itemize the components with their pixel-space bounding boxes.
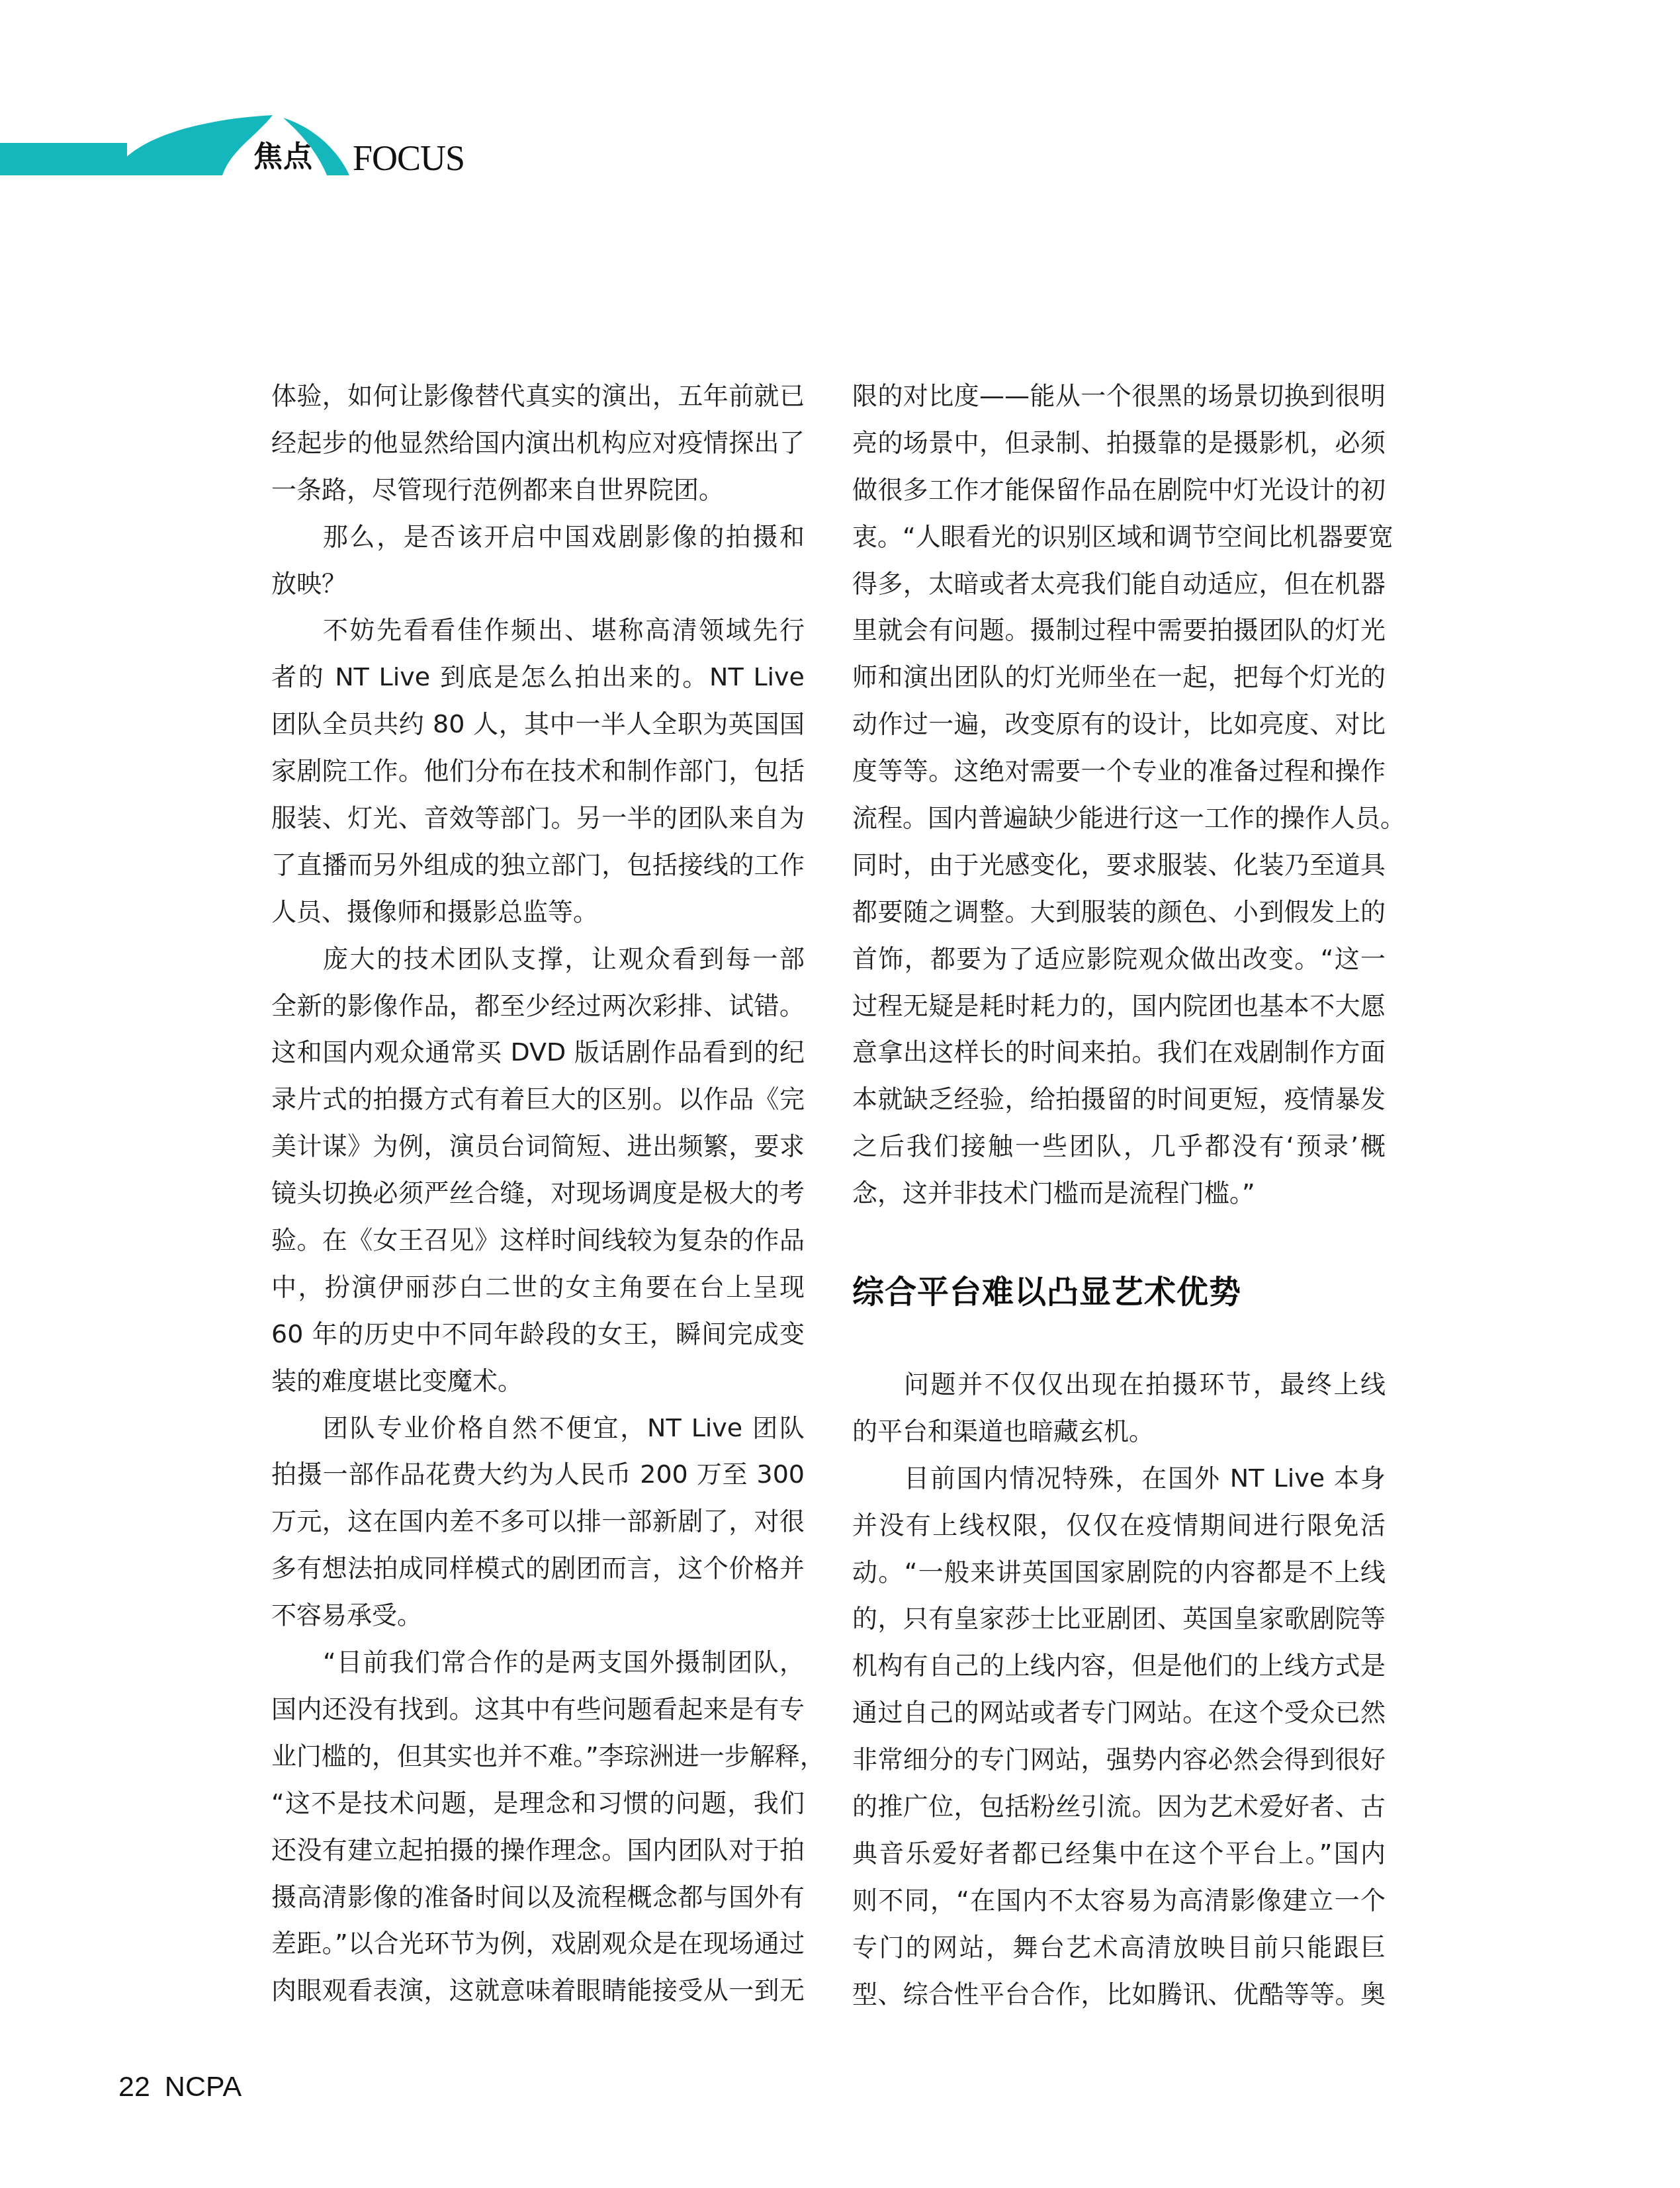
text-line: 验。在《女王召见》这样时间线较为复杂的作品: [271, 1217, 805, 1264]
article-column-right-bottom: 问题并不仅仅出现在拍摄环节，最终上线 的平台和渠道也暗藏玄机。 目前国内情况特殊…: [852, 1361, 1386, 2017]
text-line: 家剧院工作。他们分布在技术和制作部门，包括: [271, 748, 805, 795]
text-line: 不容易承受。: [271, 1592, 805, 1639]
text-line: 还没有建立起拍摄的操作理念。国内团队对于拍: [271, 1827, 805, 1874]
text-line: 并没有上线权限，仅仅在疫情期间进行限免活: [852, 1502, 1386, 1549]
text-line: 机构有自己的上线内容，但是他们的上线方式是: [852, 1642, 1386, 1689]
text-line: 那么，是否该开启中国戏剧影像的拍摄和: [271, 513, 805, 560]
text-line: 本就缺乏经验，给拍摄留的时间更短，疫情暴发: [852, 1076, 1386, 1123]
text-line: 经起步的他显然给国内演出机构应对疫情探出了: [271, 419, 805, 466]
text-line: 流程。国内普遍缺少能进行这一工作的操作人员。: [852, 795, 1386, 842]
text-line: 限的对比度——能从一个很黑的场景切换到很明: [852, 372, 1386, 419]
section-subheading: 综合平台难以凸显艺术优势: [852, 1272, 1241, 1313]
text-line: 体验，如何让影像替代真实的演出，五年前就已: [271, 372, 805, 419]
text-line: 里就会有问题。摄制过程中需要拍摄团队的灯光: [852, 607, 1386, 654]
page-footer: 22NCPA: [118, 2070, 242, 2104]
text-line: 镜头切换必须严丝合缝，对现场调度是极大的考: [271, 1170, 805, 1217]
text-line: 得多，太暗或者太亮我们能自动适应，但在机器: [852, 560, 1386, 607]
text-line: 服装、灯光、音效等部门。另一半的团队来自为: [271, 795, 805, 842]
text-line: 一条路，尽管现行范例都来自世界院团。: [271, 466, 805, 513]
text-line: 摄高清影像的准备时间以及流程概念都与国外有: [271, 1874, 805, 1921]
text-line: 的平台和渠道也暗藏玄机。: [852, 1408, 1386, 1455]
section-banner: 焦点 FOCUS: [0, 106, 503, 185]
text-line: “这不是技术问题，是理念和习惯的问题，我们: [271, 1780, 805, 1827]
text-line: 业门槛的，但其实也并不难。”李琮洲进一步解释，: [271, 1733, 805, 1780]
publication-name: NCPA: [165, 2071, 242, 2103]
text-line: 万元，这在国内差不多可以排一部新剧了，对很: [271, 1498, 805, 1545]
text-line: 典音乐爱好者都已经集中在这个平台上。”国内: [852, 1830, 1386, 1877]
text-line: 录片式的拍摄方式有着巨大的区别。以作品《完: [271, 1076, 805, 1123]
text-line: 做很多工作才能保留作品在剧院中灯光设计的初: [852, 466, 1386, 513]
text-line: 这和国内观众通常买 DVD 版话剧作品看到的纪: [271, 1029, 805, 1076]
page-number: 22: [118, 2071, 150, 2103]
text-line: 动。“一般来讲英国国家剧院的内容都是不上线: [852, 1549, 1386, 1596]
text-line: 的推广位，包括粉丝引流。因为艺术爱好者、古: [852, 1783, 1386, 1830]
text-line: 了直播而另外组成的独立部门，包括接线的工作: [271, 842, 805, 889]
text-line: 装的难度堪比变魔术。: [271, 1358, 805, 1405]
text-line: 同时，由于光感变化，要求服装、化装乃至道具: [852, 842, 1386, 889]
text-line: 衷。“人眼看光的识别区域和调节空间比机器要宽: [852, 513, 1386, 560]
text-line: 念，这并非技术门槛而是流程门槛。”: [852, 1170, 1386, 1217]
text-line: 则不同，“在国内不太容易为高清影像建立一个: [852, 1877, 1386, 1924]
article-column-right-top: 限的对比度——能从一个很黑的场景切换到很明 亮的场景中，但录制、拍摄靠的是摄影机…: [852, 372, 1386, 1217]
text-line: 团队全员共约 80 人，其中一半人全职为英国国: [271, 701, 805, 748]
text-line: 都要随之调整。大到服装的颜色、小到假发上的: [852, 889, 1386, 936]
text-line: 师和演出团队的灯光师坐在一起，把每个灯光的: [852, 654, 1386, 701]
text-line: “目前我们常合作的是两支国外摄制团队，: [271, 1639, 805, 1686]
text-line: 国内还没有找到。这其中有些问题看起来是有专: [271, 1686, 805, 1733]
text-line: 庞大的技术团队支撑，让观众看到每一部: [271, 936, 805, 983]
text-line: 非常细分的专门网站，强势内容必然会得到很好: [852, 1736, 1386, 1783]
text-line: 中，扮演伊丽莎白二世的女主角要在台上呈现: [271, 1264, 805, 1311]
text-line: 多有想法拍成同样模式的剧团而言，这个价格并: [271, 1545, 805, 1592]
text-line: 团队专业价格自然不便宜，NT Live 团队: [271, 1405, 805, 1452]
text-line: 目前国内情况特殊，在国外 NT Live 本身: [852, 1455, 1386, 1502]
text-line: 动作过一遍，改变原有的设计，比如亮度、对比: [852, 701, 1386, 748]
text-line: 全新的影像作品，都至少经过两次彩排、试错。: [271, 983, 805, 1029]
text-line: 首饰，都要为了适应影院观众做出改变。“这一: [852, 936, 1386, 983]
section-label-english: FOCUS: [353, 137, 464, 179]
text-line: 通过自己的网站或者专门网站。在这个受众已然: [852, 1689, 1386, 1736]
text-line: 不妨先看看佳作频出、堪称高清领域先行: [271, 607, 805, 654]
text-line: 型、综合性平台合作，比如腾讯、优酷等等。奥: [852, 1971, 1386, 2018]
text-line: 问题并不仅仅出现在拍摄环节，最终上线: [852, 1361, 1386, 1408]
text-line: 人员、摄像师和摄影总监等。: [271, 889, 805, 936]
text-line: 过程无疑是耗时耗力的，国内院团也基本不大愿: [852, 983, 1386, 1029]
text-line: 美计谋》为例，演员台词简短、进出频繁，要求: [271, 1123, 805, 1170]
text-line: 60 年的历史中不同年龄段的女王，瞬间完成变: [271, 1311, 805, 1358]
text-line: 肉眼观看表演，这就意味着眼睛能接受从一到无: [271, 1967, 805, 2014]
text-line: 的，只有皇家莎士比亚剧团、英国皇家歌剧院等: [852, 1595, 1386, 1642]
section-label-chinese: 焦点: [253, 136, 313, 179]
text-line: 放映？: [271, 560, 805, 607]
text-line: 专门的网站，舞台艺术高清放映目前只能跟巨: [852, 1924, 1386, 1971]
text-line: 意拿出这样长的时间来拍。我们在戏剧制作方面: [852, 1029, 1386, 1076]
article-column-left: 体验，如何让影像替代真实的演出，五年前就已 经起步的他显然给国内演出机构应对疫情…: [271, 372, 805, 2014]
text-line: 拍摄一部作品花费大约为人民币 200 万至 300: [271, 1451, 805, 1498]
text-line: 亮的场景中，但录制、拍摄靠的是摄影机，必须: [852, 419, 1386, 466]
text-line: 差距。”以合光环节为例，戏剧观众是在现场通过: [271, 1920, 805, 1967]
text-line: 度等等。这绝对需要一个专业的准备过程和操作: [852, 748, 1386, 795]
text-line: 之后我们接触一些团队，几乎都没有‘预录’概: [852, 1123, 1386, 1170]
text-line: 者的 NT Live 到底是怎么拍出来的。NT Live: [271, 654, 805, 701]
